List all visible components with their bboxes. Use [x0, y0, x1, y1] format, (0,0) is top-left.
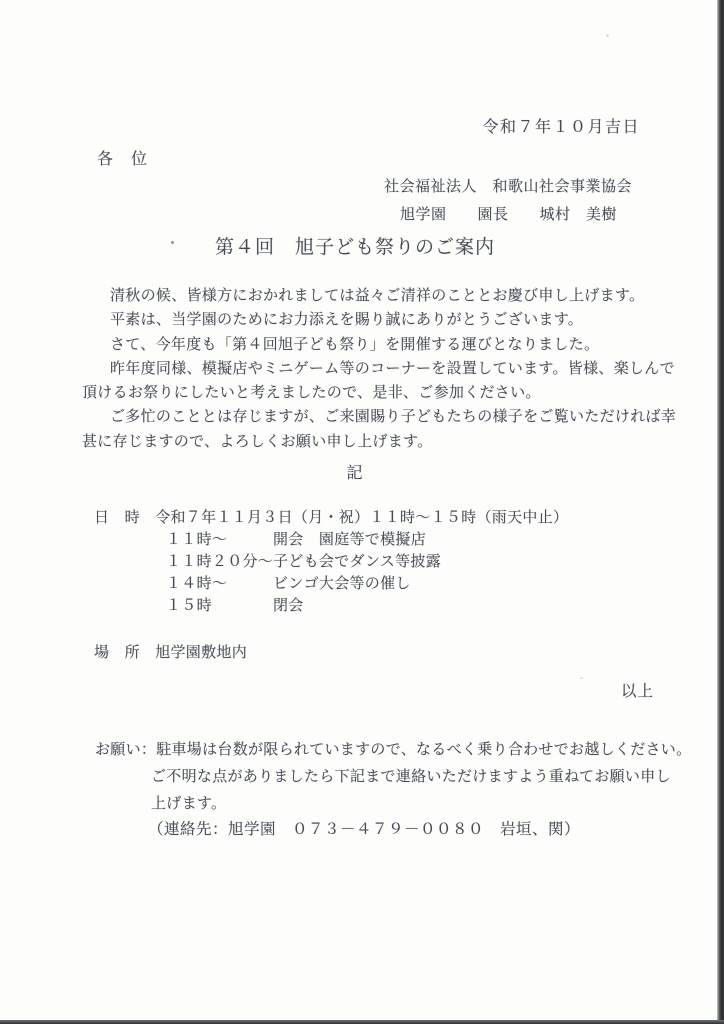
closing-ijou: 以上 — [621, 679, 654, 701]
request-line: ご不明な点がありましたら下記まで連絡いただけますよう重ねてお願い申し — [95, 764, 640, 791]
contact-info-line: （連絡先：旭学園 ０７３－４７９－００８０ 岩垣、関） — [148, 817, 580, 839]
scan-speck — [171, 241, 174, 244]
body-line: 甚に存じますので、よろしくお願い申し上げます。 — [82, 430, 644, 454]
request-label: お願い： — [95, 742, 156, 758]
schedule-row: １５時 閉会 — [166, 595, 441, 617]
schedule-time: １１時２０分～ — [166, 551, 273, 573]
schedule-time: １５時 — [166, 595, 273, 617]
request-line: 上げます。 — [95, 791, 640, 818]
schedule-row: １４時～ ビンゴ大会等の催し — [166, 573, 441, 595]
request-line: お願い：駐車場は台数が限られていますので、なるべく乗り合わせでお越しください。 — [95, 737, 640, 764]
scan-speck — [580, 677, 583, 679]
event-datetime-line: 日 時 令和７年１１月３日（月・祝）１１時～１５時（雨天中止） — [94, 506, 568, 527]
body-line: さて、今年度も「第４回旭子ども祭り」を開催する運びとなりました。 — [82, 333, 644, 357]
schedule-time: １１時～ — [166, 529, 273, 551]
body-paragraphs: 清秋の候、皆様方におかれましては益々ご清祥のこととお慶び申し上げます。 平素は、… — [82, 284, 644, 454]
scanned-letter-page: 令和７年１０月吉日 各 位 社会福祉法人 和歌山社会事業協会 旭学園 園長 城村… — [0, 0, 724, 1024]
body-line: 平素は、当学園のためにお力添えを賜り誠にありがとうございます。 — [82, 308, 644, 332]
document-date: 令和７年１０月吉日 — [482, 114, 640, 137]
sender-organization: 社会福祉法人 和歌山社会事業協会 — [384, 175, 632, 196]
schedule-time: １４時～ — [166, 573, 273, 595]
schedule-activity: 閉会 — [273, 595, 304, 617]
document-title: 第４回 旭子ども祭りのご案内 — [0, 232, 710, 259]
scan-edge-shadow-right — [717, 0, 724, 1024]
sender-name: 旭学園 園長 城村 美樹 — [400, 203, 617, 224]
body-line: 頂けるお祭りにしたいと考えましたので、是非、ご参加ください。 — [82, 381, 644, 405]
notice-heading-ki: 記 — [0, 460, 710, 483]
schedule-activity: ビンゴ大会等の催し — [273, 573, 411, 595]
body-line: 昨年度同様、模擬店やミニゲーム等のコーナーを設置しています。皆様、楽しんで — [82, 357, 644, 381]
recipient-line: 各 位 — [97, 146, 148, 169]
body-line: 清秋の候、皆様方におかれましては益々ご清祥のこととお慶び申し上げます。 — [82, 284, 644, 308]
schedule-row: １１時２０分～ 子ども会でダンス等披露 — [166, 551, 441, 573]
schedule-row: １１時～ 開会 園庭等で模擬店 — [166, 529, 441, 551]
event-place-line: 場 所 旭学園敷地内 — [94, 641, 247, 662]
schedule-activity: 開会 園庭等で模擬店 — [273, 529, 426, 551]
request-text: 駐車場は台数が限られていますので、なるべく乗り合わせでお越しください。 — [156, 742, 691, 758]
request-note: お願い：駐車場は台数が限られていますので、なるべく乗り合わせでお越しください。 … — [95, 737, 640, 819]
body-line: ご多忙のこととは存じますが、ご来園賜り子どもたちの様子をご覧いただければ幸 — [82, 405, 644, 429]
schedule-activity: 子ども会でダンス等披露 — [273, 551, 441, 573]
scan-edge-shadow-bottom — [0, 1020, 724, 1024]
scan-speck — [606, 34, 609, 37]
event-schedule: １１時～ 開会 園庭等で模擬店 １１時２０分～ 子ども会でダンス等披露 １４時～… — [166, 529, 441, 617]
